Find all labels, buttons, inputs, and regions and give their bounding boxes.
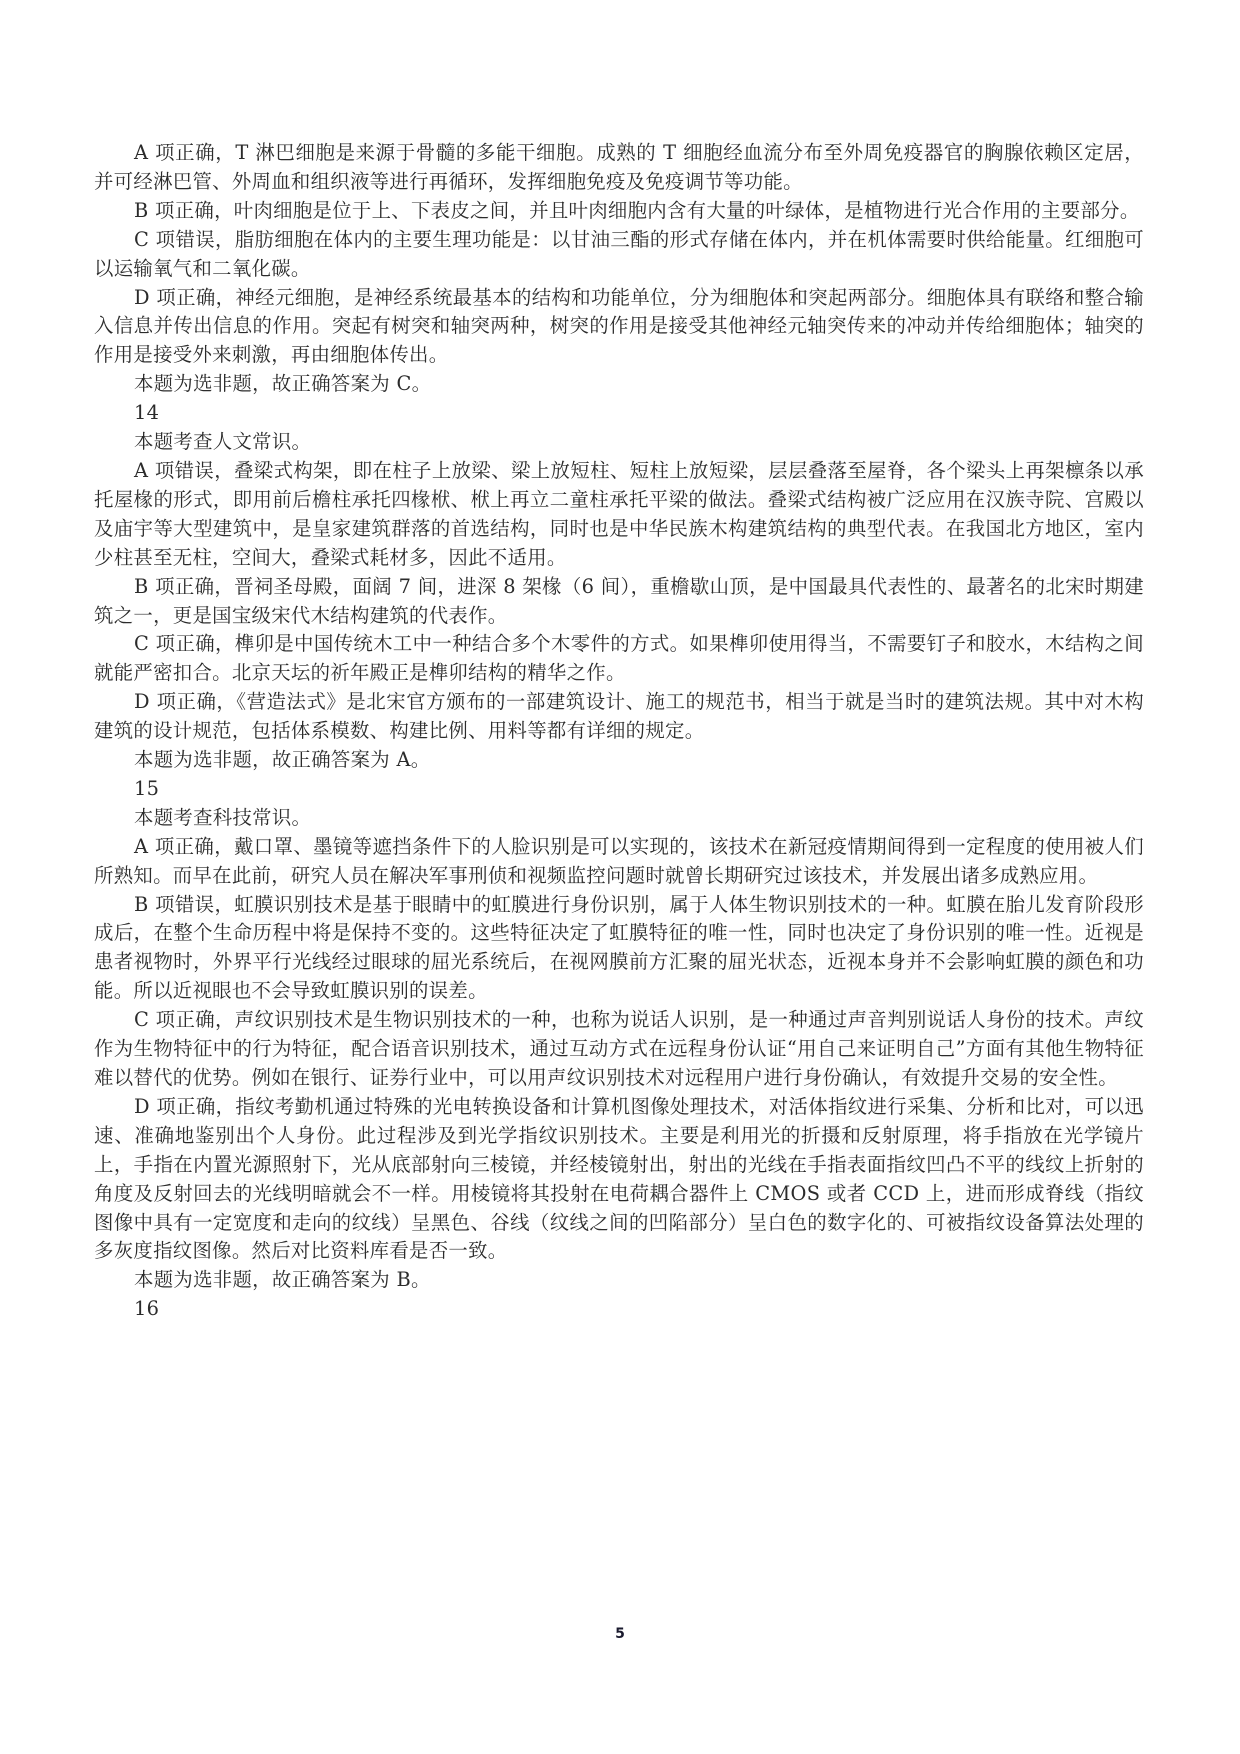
question-number-14: 14	[94, 399, 1144, 428]
paragraph-13c: C 项错误，脂肪细胞在体内的主要生理功能是：以甘油三酯的形式存储在体内，并在机体…	[94, 226, 1144, 284]
answer-14: 本题为选非题，故正确答案为 A。	[94, 746, 1144, 775]
paragraph-14a: A 项错误，叠梁式构架，即在柱子上放梁、梁上放短柱、短柱上放短梁，层层叠落至屋脊…	[94, 457, 1144, 573]
paragraph-14c: C 项正确，榫卯是中国传统木工中一种结合多个木零件的方式。如果榫卯使用得当，不需…	[94, 630, 1144, 688]
question-number-15: 15	[94, 775, 1144, 804]
answer-15: 本题为选非题，故正确答案为 B。	[94, 1266, 1144, 1295]
paragraph-13d: D 项正确，神经元细胞，是神经系统最基本的结构和功能单位，分为细胞体和突起两部分…	[94, 284, 1144, 371]
paragraph-13b: B 项正确，叶肉细胞是位于上、下表皮之间，并且叶肉细胞内含有大量的叶绿体，是植物…	[94, 197, 1144, 226]
document-body: A 项正确，T 淋巴细胞是来源于骨髓的多能干细胞。成熟的 T 细胞经血流分布至外…	[94, 139, 1144, 1324]
answer-13: 本题为选非题，故正确答案为 C。	[94, 370, 1144, 399]
paragraph-14b: B 项正确，晋祠圣母殿，面阔 7 间，进深 8 架椽（6 间），重檐歇山顶，是中…	[94, 573, 1144, 631]
paragraph-14d: D 项正确，《营造法式》是北宋官方颁布的一部建筑设计、施工的规范书，相当于就是当…	[94, 688, 1144, 746]
paragraph-15c: C 项正确，声纹识别技术是生物识别技术的一种，也称为说话人识别，是一种通过声音判…	[94, 1006, 1144, 1093]
paragraph-15d: D 项正确，指纹考勤机通过特殊的光电转换设备和计算机图像处理技术，对活体指纹进行…	[94, 1093, 1144, 1266]
paragraph-13a: A 项正确，T 淋巴细胞是来源于骨髓的多能干细胞。成熟的 T 细胞经血流分布至外…	[94, 139, 1144, 197]
topic-15: 本题考查科技常识。	[94, 804, 1144, 833]
topic-14: 本题考查人文常识。	[94, 428, 1144, 457]
paragraph-15a: A 项正确，戴口罩、墨镜等遮挡条件下的人脸识别是可以实现的，该技术在新冠疫情期间…	[94, 833, 1144, 891]
paragraph-15b: B 项错误，虹膜识别技术是基于眼睛中的虹膜进行身份识别，属于人体生物识别技术的一…	[94, 891, 1144, 1007]
page-number: 5	[0, 1626, 1240, 1642]
question-number-16: 16	[94, 1295, 1144, 1324]
